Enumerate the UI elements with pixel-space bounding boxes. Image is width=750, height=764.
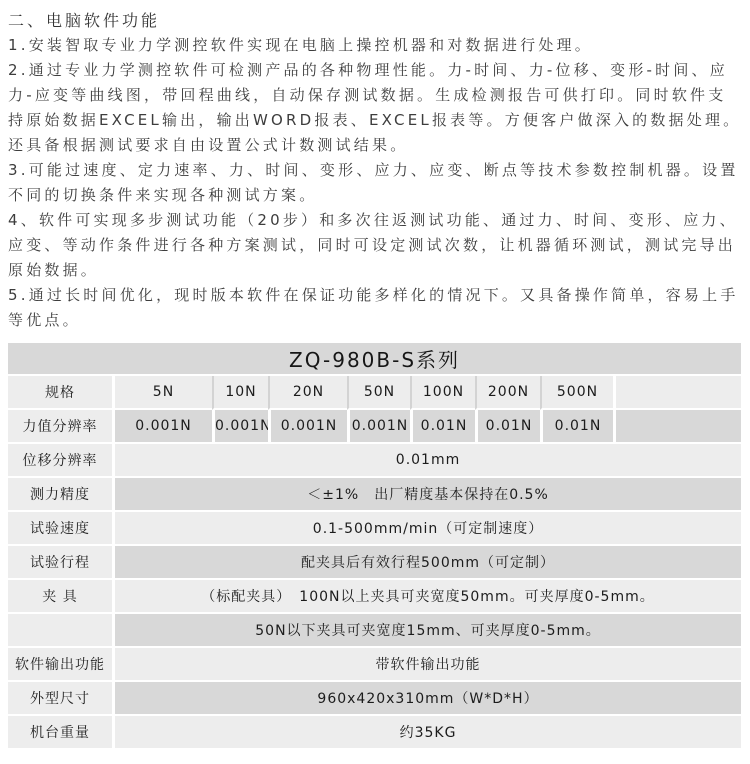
force-res-10n: 0.001N xyxy=(212,410,268,444)
spec-value-100n: 100N xyxy=(410,376,475,410)
force-res-100n: 0.01N xyxy=(410,410,475,444)
paragraph-4: 4、软件可实现多步测试功能（20步）和多次往返测试功能、通过力、时间、变形、应力… xyxy=(8,208,742,283)
row-label: 测力精度 xyxy=(8,478,115,512)
paragraph-2: 2.通过专业力学测控软件可检测产品的各种物理性能。力-时间、力-位移、变形-时间… xyxy=(8,58,742,158)
spec-table: ZQ-980B-S系列 规格 5N 10N 20N 50N 100N 200N … xyxy=(8,343,741,750)
force-res-200n: 0.01N xyxy=(475,410,540,444)
table-row-fixture-extra: 50N以下夹具可夹宽度15mm、可夹厚度0-5mm。 xyxy=(8,614,741,648)
force-res-500n: 0.01N xyxy=(540,410,613,444)
force-res-5n: 0.001N xyxy=(115,410,212,444)
spec-value-empty xyxy=(613,376,741,410)
section-heading: 二、电脑软件功能 xyxy=(8,8,742,33)
spec-value-10n: 10N xyxy=(212,376,268,410)
spec-value-50n: 50N xyxy=(347,376,410,410)
force-res-50n: 0.001N xyxy=(347,410,410,444)
spec-header-row: 规格 5N 10N 20N 50N 100N 200N 500N xyxy=(8,376,741,410)
table-row-test-stroke: 试验行程 配夹具后有效行程500mm（可定制） xyxy=(8,546,741,580)
table-title-row: ZQ-980B-S系列 xyxy=(8,343,741,376)
force-resolution-row: 力值分辨率 0.001N 0.001N 0.001N 0.001N 0.01N … xyxy=(8,410,741,444)
row-label: 试验行程 xyxy=(8,546,115,580)
spec-value-20n: 20N xyxy=(268,376,347,410)
row-label: 软件输出功能 xyxy=(8,648,115,682)
row-label: 夹 具 xyxy=(8,580,115,614)
table-row-displacement-resolution: 位移分辨率 0.01mm xyxy=(8,444,741,478)
force-res-20n: 0.001N xyxy=(268,410,347,444)
table-title: ZQ-980B-S系列 xyxy=(8,343,741,376)
row-value: 960x420x310mm（W*D*H） xyxy=(115,682,741,716)
force-res-empty xyxy=(613,410,741,444)
row-label: 试验速度 xyxy=(8,512,115,546)
row-value: 0.01mm xyxy=(115,444,741,478)
row-label: 外型尺寸 xyxy=(8,682,115,716)
row-value: ＜±1% 出厂精度基本保持在0.5% xyxy=(115,478,741,512)
row-value: 0.1-500mm/min（可定制速度） xyxy=(115,512,741,546)
table-row-dimensions: 外型尺寸 960x420x310mm（W*D*H） xyxy=(8,682,741,716)
row-value: 约35KG xyxy=(115,716,741,750)
row-value: 配夹具后有效行程500mm（可定制） xyxy=(115,546,741,580)
paragraph-5: 5.通过长时间优化，现时版本软件在保证功能多样化的情况下。又具备操作简单，容易上… xyxy=(8,283,742,333)
table-row-machine-weight: 机台重量 约35KG xyxy=(8,716,741,750)
paragraph-1: 1.安装智取专业力学测控软件实现在电脑上操控机器和对数据进行处理。 xyxy=(8,33,742,58)
spec-value-500n: 500N xyxy=(540,376,613,410)
spec-value-5n: 5N xyxy=(115,376,212,410)
row-value: （标配夹具） 100N以上夹具可夹宽度50mm。可夹厚度0-5mm。 xyxy=(115,580,741,614)
row-value: 50N以下夹具可夹宽度15mm、可夹厚度0-5mm。 xyxy=(115,614,741,648)
row-label: 机台重量 xyxy=(8,716,115,750)
row-label: 位移分辨率 xyxy=(8,444,115,478)
spec-value-200n: 200N xyxy=(475,376,540,410)
table-row-force-accuracy: 测力精度 ＜±1% 出厂精度基本保持在0.5% xyxy=(8,478,741,512)
row-value: 带软件输出功能 xyxy=(115,648,741,682)
table-row-fixture: 夹 具 （标配夹具） 100N以上夹具可夹宽度50mm。可夹厚度0-5mm。 xyxy=(8,580,741,614)
row-label-empty xyxy=(8,614,115,648)
table-row-software-output: 软件输出功能 带软件输出功能 xyxy=(8,648,741,682)
document-page: 二、电脑软件功能 1.安装智取专业力学测控软件实现在电脑上操控机器和对数据进行处… xyxy=(0,0,750,764)
table-row-test-speed: 试验速度 0.1-500mm/min（可定制速度） xyxy=(8,512,741,546)
row-label-spec: 规格 xyxy=(8,376,115,410)
row-label-force-resolution: 力值分辨率 xyxy=(8,410,115,444)
paragraph-3: 3.可能过速度、定力速率、力、时间、变形、应力、应变、断点等技术参数控制机器。设… xyxy=(8,158,742,208)
